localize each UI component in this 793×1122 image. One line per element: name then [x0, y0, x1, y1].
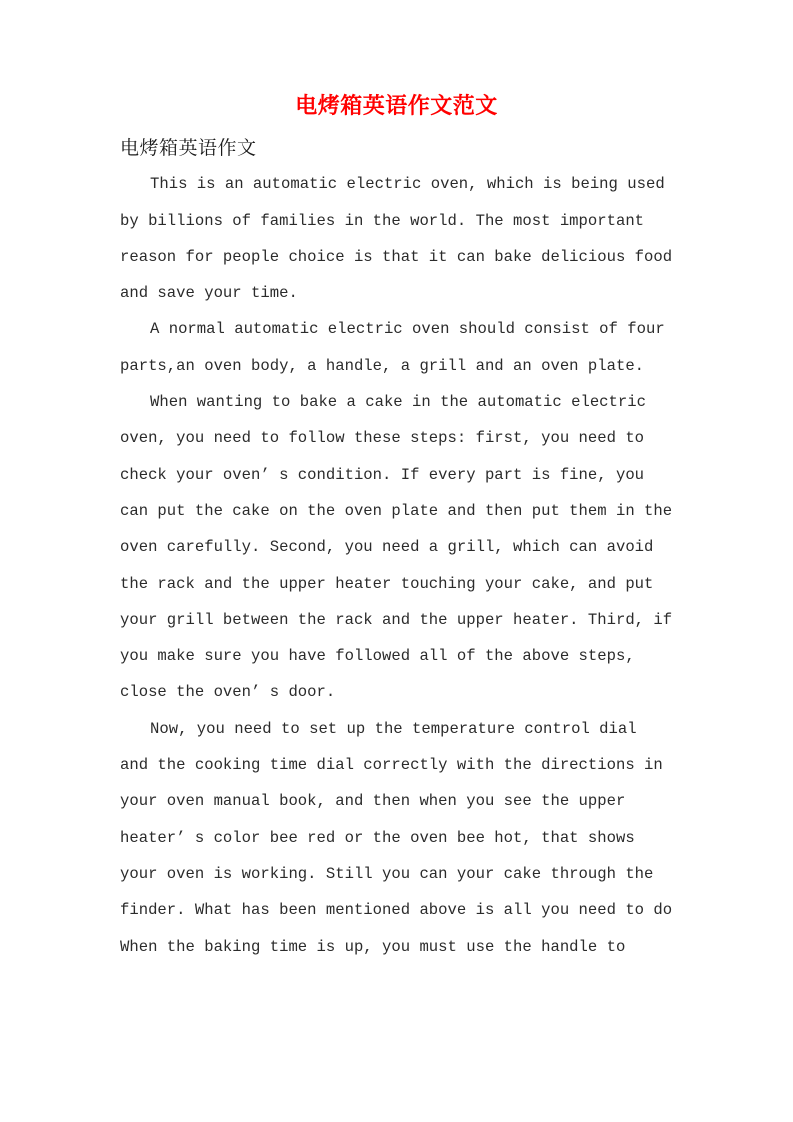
paragraph: When wanting to bake a cake in the autom… [120, 384, 676, 711]
text-line: the rack and the upper heater touching y… [120, 566, 676, 602]
document-body: 电烤箱英语作文 This is an automatic electric ov… [120, 130, 676, 965]
document-title: 电烤箱英语作文范文 [0, 92, 793, 122]
text-line: and save your time. [120, 275, 676, 311]
text-line: heater’ s color bee red or the oven bee … [120, 820, 676, 856]
text-line: close the oven’ s door. [120, 674, 676, 710]
document-page: 电烤箱英语作文范文 电烤箱英语作文 This is an automatic e… [0, 0, 793, 1122]
text-line: finder. What has been mentioned above is… [120, 892, 676, 928]
text-line: oven, you need to follow these steps: fi… [120, 420, 676, 456]
text-line: reason for people choice is that it can … [120, 239, 676, 275]
text-line: Now, you need to set up the temperature … [120, 711, 676, 747]
text-line: by billions of families in the world. Th… [120, 203, 676, 239]
text-line: This is an automatic electric oven, whic… [120, 166, 676, 202]
text-line: can put the cake on the oven plate and t… [120, 493, 676, 529]
text-line: A normal automatic electric oven should … [120, 311, 676, 347]
document-subtitle: 电烤箱英语作文 [120, 130, 676, 166]
text-line: When the baking time is up, you must use… [120, 929, 676, 965]
paragraph: This is an automatic electric oven, whic… [120, 166, 676, 311]
text-line: your grill between the rack and the uppe… [120, 602, 676, 638]
text-line: oven carefully. Second, you need a grill… [120, 529, 676, 565]
paragraph: A normal automatic electric oven should … [120, 311, 676, 384]
text-line: parts,an oven body, a handle, a grill an… [120, 348, 676, 384]
text-line: check your oven’ s condition. If every p… [120, 457, 676, 493]
text-line: and the cooking time dial correctly with… [120, 747, 676, 783]
text-line: your oven is working. Still you can your… [120, 856, 676, 892]
text-line: you make sure you have followed all of t… [120, 638, 676, 674]
paragraph: Now, you need to set up the temperature … [120, 711, 676, 965]
text-line: your oven manual book, and then when you… [120, 783, 676, 819]
text-line: When wanting to bake a cake in the autom… [120, 384, 676, 420]
